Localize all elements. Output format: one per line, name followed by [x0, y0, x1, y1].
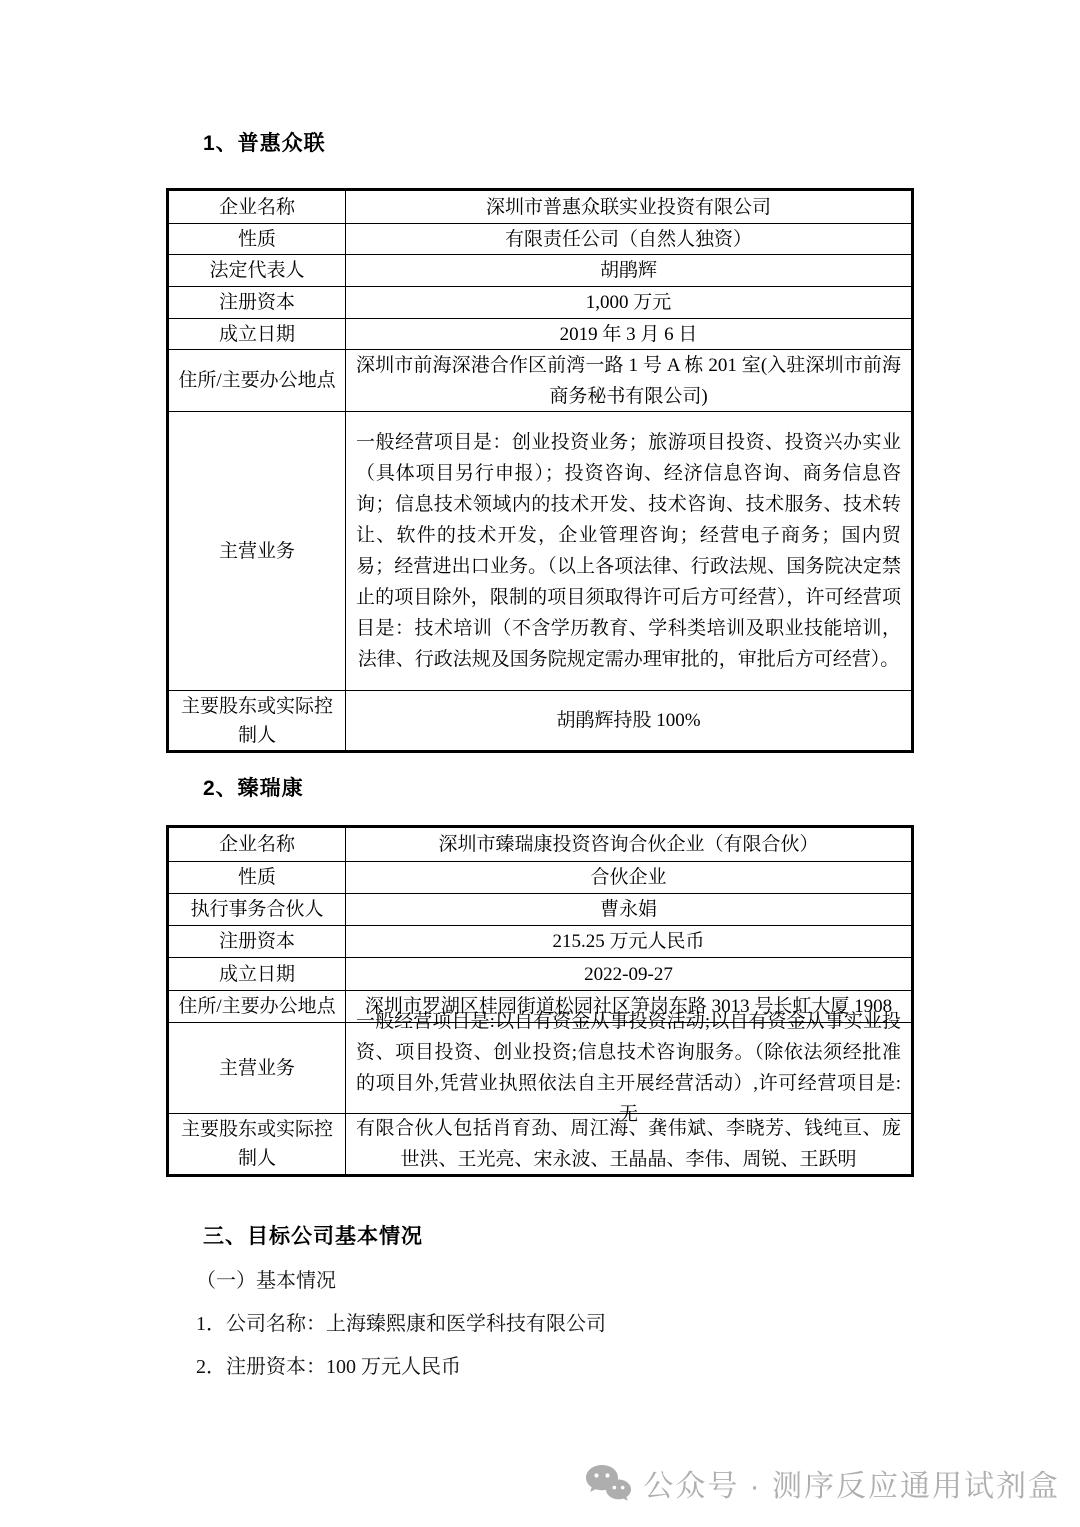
row-value: 一般经营项目是：创业投资业务；旅游项目投资、投资兴办实业（具体项目另行申报）；投… — [346, 412, 911, 690]
target-company-name-line: 1．公司名称：上海臻熙康和医学科技有限公司 — [196, 1307, 606, 1336]
row-value: 1,000 万元 — [346, 287, 911, 318]
table-row: 主营业务 一般经营项目是:以自有资金从事投资活动;以自有资金从事实业投资、项目投… — [169, 1022, 911, 1113]
watermark-text: 公众号 · 测序反应通用试剂盒 — [643, 1461, 1060, 1505]
table-row: 主营业务 一般经营项目是：创业投资业务；旅游项目投资、投资兴办实业（具体项目另行… — [169, 411, 911, 690]
target-company-capital-line: 2．注册资本：100 万元人民币 — [196, 1350, 461, 1379]
row-value: 有限合伙人包括肖育劲、周江海、龚伟斌、李晓芳、钱纯亘、庞世洪、王光亮、宋永波、王… — [346, 1114, 911, 1174]
document-page: 1、普惠众联 企业名称 深圳市普惠众联实业投资有限公司 性质 有限责任公司（自然… — [0, 0, 1080, 1527]
row-label: 注册资本 — [169, 287, 346, 318]
section-heading-2: 2、臻瑞康 — [203, 772, 304, 802]
row-label: 性质 — [169, 862, 346, 893]
row-label: 住所/主要办公地点 — [169, 350, 346, 411]
row-label: 成立日期 — [169, 958, 346, 990]
watermark-footer: 公众号 · 测序反应通用试剂盒 — [0, 1446, 1060, 1520]
row-value: 有限责任公司（自然人独资） — [346, 224, 911, 254]
row-value: 合伙企业 — [346, 862, 911, 893]
row-value: 胡鹃辉 — [346, 255, 911, 286]
row-value: 2019 年 3 月 6 日 — [346, 319, 911, 349]
table-row: 法定代表人 胡鹃辉 — [169, 254, 911, 286]
row-value: 215.25 万元人民币 — [346, 926, 911, 957]
row-value: 一般经营项目是:以自有资金从事投资活动;以自有资金从事实业投资、项目投资、创业投… — [346, 1023, 911, 1113]
table-row: 注册资本 215.25 万元人民币 — [169, 925, 911, 957]
table-row: 成立日期 2022-09-27 — [169, 957, 911, 990]
row-label: 注册资本 — [169, 926, 346, 957]
table-row: 主要股东或实际控制人 胡鹃辉持股 100% — [169, 690, 911, 750]
row-label: 企业名称 — [169, 828, 346, 861]
company-table-puhui: 企业名称 深圳市普惠众联实业投资有限公司 性质 有限责任公司（自然人独资） 法定… — [166, 188, 914, 753]
wechat-icon — [585, 1464, 631, 1502]
row-label: 主要股东或实际控制人 — [169, 691, 346, 750]
table-row: 企业名称 深圳市普惠众联实业投资有限公司 — [169, 191, 911, 223]
row-label: 企业名称 — [169, 191, 346, 223]
row-value: 2022-09-27 — [346, 958, 911, 990]
table-row: 企业名称 深圳市臻瑞康投资咨询合伙企业（有限合伙） — [169, 828, 911, 861]
section-heading-1: 1、普惠众联 — [203, 127, 326, 157]
row-label: 主营业务 — [169, 1023, 346, 1113]
table-row: 性质 合伙企业 — [169, 861, 911, 893]
row-label: 主要股东或实际控制人 — [169, 1114, 346, 1174]
table-row: 性质 有限责任公司（自然人独资） — [169, 223, 911, 254]
subsection-heading: （一）基本情况 — [196, 1264, 336, 1293]
row-label: 法定代表人 — [169, 255, 346, 286]
company-table-zhenruikang: 企业名称 深圳市臻瑞康投资咨询合伙企业（有限合伙） 性质 合伙企业 执行事务合伙… — [166, 825, 914, 1177]
row-value: 深圳市臻瑞康投资咨询合伙企业（有限合伙） — [346, 828, 911, 861]
row-value: 胡鹃辉持股 100% — [346, 691, 911, 750]
table-row: 执行事务合伙人 曹永娟 — [169, 893, 911, 925]
row-label: 性质 — [169, 224, 346, 254]
table-row: 成立日期 2019 年 3 月 6 日 — [169, 318, 911, 349]
row-value: 深圳市普惠众联实业投资有限公司 — [346, 191, 911, 223]
row-label: 主营业务 — [169, 412, 346, 690]
row-label: 成立日期 — [169, 319, 346, 349]
row-value: 深圳市前海深港合作区前湾一路 1 号 A 栋 201 室(入驻深圳市前海商务秘书… — [346, 350, 911, 411]
table-row: 主要股东或实际控制人 有限合伙人包括肖育劲、周江海、龚伟斌、李晓芳、钱纯亘、庞世… — [169, 1113, 911, 1174]
section-heading-3: 三、目标公司基本情况 — [203, 1220, 423, 1250]
row-label: 住所/主要办公地点 — [169, 991, 346, 1022]
table-row: 注册资本 1,000 万元 — [169, 286, 911, 318]
table-row: 住所/主要办公地点 深圳市前海深港合作区前湾一路 1 号 A 栋 201 室(入… — [169, 349, 911, 411]
row-label: 执行事务合伙人 — [169, 894, 346, 925]
row-value: 曹永娟 — [346, 894, 911, 925]
